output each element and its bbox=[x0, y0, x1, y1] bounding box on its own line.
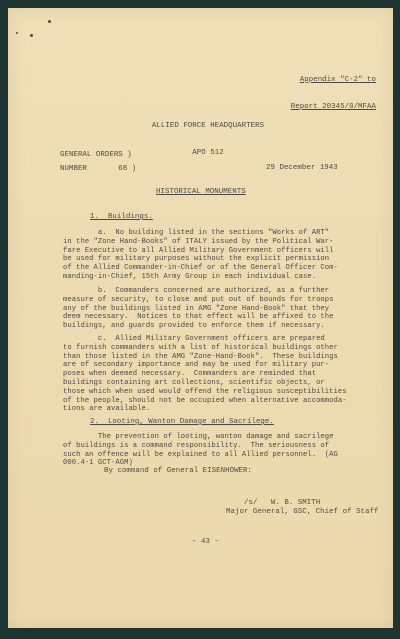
document-page: Appendix "C-2" to Report 20345/0/MFAA AL… bbox=[8, 8, 393, 628]
ink-spot bbox=[48, 20, 51, 23]
paragraph-1b: b. Commanders concerned are authorized, … bbox=[63, 287, 334, 331]
paragraph-2: The prevention of looting, wanton damage… bbox=[63, 433, 338, 468]
page-number: - 43 - bbox=[192, 538, 219, 547]
paragraph-1c: c. Allied Military Government officers a… bbox=[63, 335, 347, 414]
document-title: HISTORICAL MONUMENTS bbox=[156, 188, 246, 197]
ink-spot bbox=[30, 34, 33, 37]
apo-number: APO 512 bbox=[108, 149, 308, 158]
headquarters-name: ALLIED FORCE HEADQUARTERS bbox=[108, 122, 308, 131]
appendix-line-1: Appendix "C-2" to bbox=[256, 76, 376, 85]
general-orders-label: GENERAL ORDERS ) bbox=[60, 151, 132, 160]
signature-title: Major General, GSC, Chief of Staff bbox=[226, 508, 379, 517]
section-2-heading: 2. Looting, Wanton Damage and Sacrilege. bbox=[90, 418, 274, 427]
signature-name: /s/ W. B. SMITH bbox=[244, 499, 320, 508]
ink-spot bbox=[16, 32, 18, 34]
order-number: NUMBER 68 ) bbox=[60, 165, 136, 174]
paragraph-1a: a. No building listed in the sections "W… bbox=[63, 229, 338, 282]
section-1-heading: 1. Buildings. bbox=[90, 213, 153, 222]
order-date: 29 December 1943 bbox=[266, 164, 338, 173]
command-line: By command of General EISENHOWER: bbox=[104, 467, 252, 476]
